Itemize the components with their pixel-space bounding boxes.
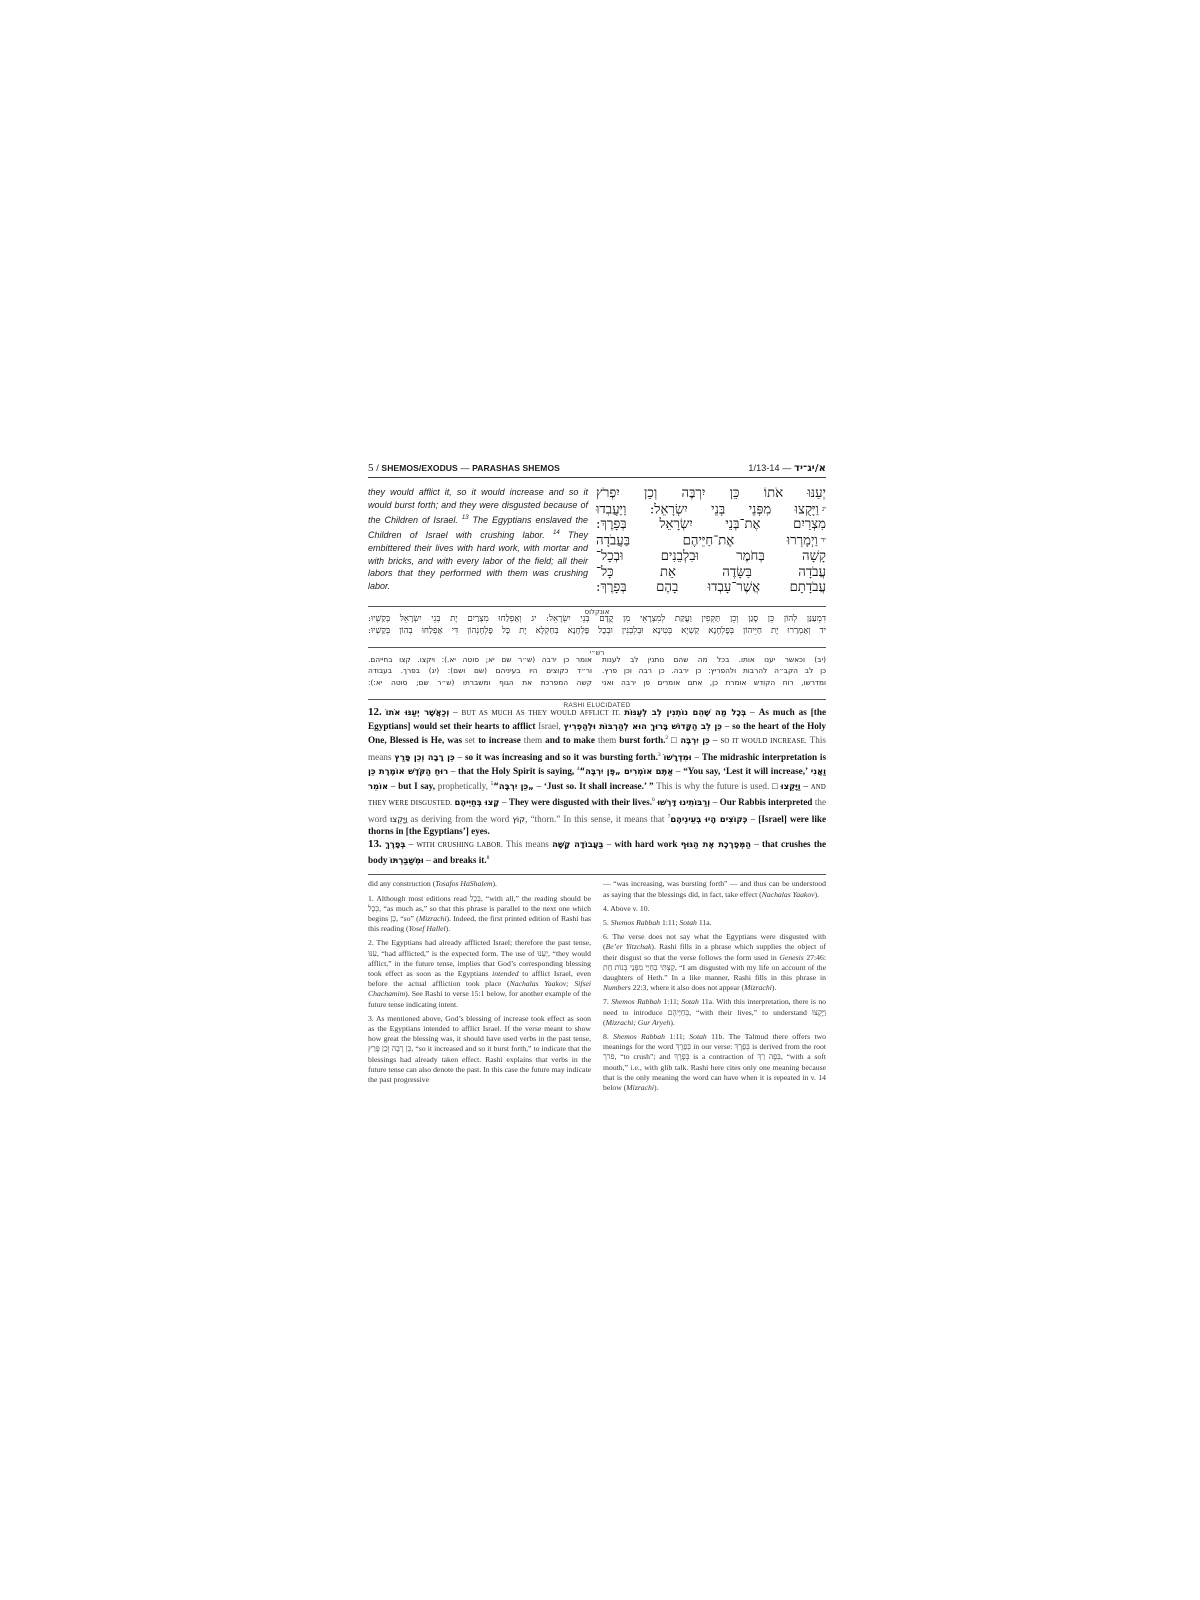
footnote: 1. Although most editions read בְּכָל, “… [368, 894, 591, 935]
running-head-right: 1/13-14 — א/יג־יד [748, 463, 826, 474]
footnote: did any construction (Tosafos HaShalem). [368, 879, 591, 889]
page-number: 5 [368, 462, 374, 474]
footnote: 5. Shemos Rabbah 1:11; Sotah 11a. [603, 918, 826, 928]
hebrew-line: יגוַיָּקֻצוּ מִפְּנֵי בְּנֵי יִשְׂרָאֵל:… [596, 502, 826, 518]
rashi-col-left: אומר כן ירבה (ש״ר שם יא; סוטה יא.): ויקצ… [368, 654, 592, 689]
rashi-divider: רש״י [368, 642, 826, 651]
verse-range: 1/13-14 [748, 463, 779, 473]
footnote: 8. Shemos Rabbah 1:11; Sotah 11b. The Ta… [603, 1032, 826, 1093]
verse-number: יד [821, 536, 826, 544]
hebrew-line: עֲבֹדָתָם אֲשֶׁר־עָבְדוּ בָהֶם בְּפָרֶךְ… [596, 580, 826, 596]
separator: — [782, 463, 791, 473]
hebrew-line: עֲבֹדָה בַּשָּׂדֶה אֵת כָּל־ [596, 565, 826, 581]
onkelos-line: יד וְאַמְרַרוּ יָת חַיֵּיהוֹן בְּפָלְחָנ… [368, 625, 826, 637]
hebrew-line: יְעַנּוּ אֹתוֹ כֵּן יִרְבֶּה וְכֵן יִפְר… [596, 486, 826, 502]
rashi-elucidated-divider: RASHI ELUCIDATED [368, 694, 826, 703]
footnotes-right-col: — “was increasing, was bursting forth” —… [603, 879, 826, 1097]
rashi-hebrew-text: (יב) וכאשר יענו אותו. בכל מה שהם נותנין … [368, 654, 826, 689]
rashi-elucidated-label: RASHI ELUCIDATED [560, 702, 633, 709]
hebrew-line: מִצְרַיִם אֶת־בְּנֵי יִשְׂרָאֵל בְּפָרֶך… [596, 517, 826, 533]
hebrew-line: קָשָׁה בְּחֹמֶר וּבִלְבֵנִים וּבְכָל־ [596, 549, 826, 565]
onkelos-divider: אונקלוס [368, 601, 826, 610]
footnotes: did any construction (Tosafos HaShalem).… [368, 879, 826, 1097]
footnote: 6. The verse does not say what the Egypt… [603, 932, 826, 993]
footnote: 7. Shemos Rabbah 1:11; Sotah 11a. With t… [603, 997, 826, 1028]
verse-number: יג [822, 505, 826, 513]
book-page: 5 / SHEMOS/EXODUS — PARASHAS SHEMOS 1/13… [368, 462, 826, 1097]
footnote: — “was increasing, was bursting forth” —… [603, 879, 826, 899]
elucidation-verse-13: 13. בְּפָרֶךְ – WITH CRUSHING LABOR. Thi… [368, 838, 826, 867]
elucidation-verse-12: 12. וְכַאֲשֶׁר יְעַנּוּ אֹתוֹ – BUT AS M… [368, 706, 826, 838]
onkelos-label: אונקלוס [582, 608, 613, 616]
footnotes-left-col: did any construction (Tosafos HaShalem).… [368, 879, 591, 1097]
footnote: 4. Above v. 10. [603, 904, 826, 914]
separator: — [460, 463, 469, 473]
verse-number: 13 [462, 515, 469, 521]
english-translation: they would afflict it, so it would incre… [368, 486, 588, 596]
footnote: 2. The Egyptians had already afflicted I… [368, 938, 591, 1009]
book-title: SHEMOS/EXODUS [381, 463, 457, 473]
running-head-left: 5 / SHEMOS/EXODUS — PARASHAS SHEMOS [368, 462, 560, 474]
hebrew-verse-text: יְעַנּוּ אֹתוֹ כֵּן יִרְבֶּה וְכֵן יִפְר… [596, 486, 826, 596]
footnote-rule [368, 874, 826, 875]
running-head: 5 / SHEMOS/EXODUS — PARASHAS SHEMOS 1/13… [368, 462, 826, 478]
rashi-label: רש״י [587, 649, 608, 657]
onkelos-text: דִמְעַנַּן לְהוֹן כֵּן סָגַן וְכֵן תַּקְ… [368, 613, 826, 637]
hebrew-line: ידוַיְמָרְרוּ אֶת־חַיֵּיהֶם בַּעֲבֹדָה [596, 533, 826, 549]
hebrew-verse-ref: א/יג־יד [794, 463, 826, 474]
verse-block: they would afflict it, so it would incre… [368, 486, 826, 596]
footnote: 3. As mentioned above, God’s blessing of… [368, 1014, 591, 1085]
rashi-elucidated-text: 12. וְכַאֲשֶׁר יְעַנּוּ אֹתוֹ – BUT AS M… [368, 706, 826, 867]
parashah-title: PARASHAS SHEMOS [472, 463, 560, 473]
verse-number: 14 [553, 530, 560, 536]
rashi-col-right: (יב) וכאשר יענו אותו. בכל מה שהם נותנין … [602, 654, 826, 689]
